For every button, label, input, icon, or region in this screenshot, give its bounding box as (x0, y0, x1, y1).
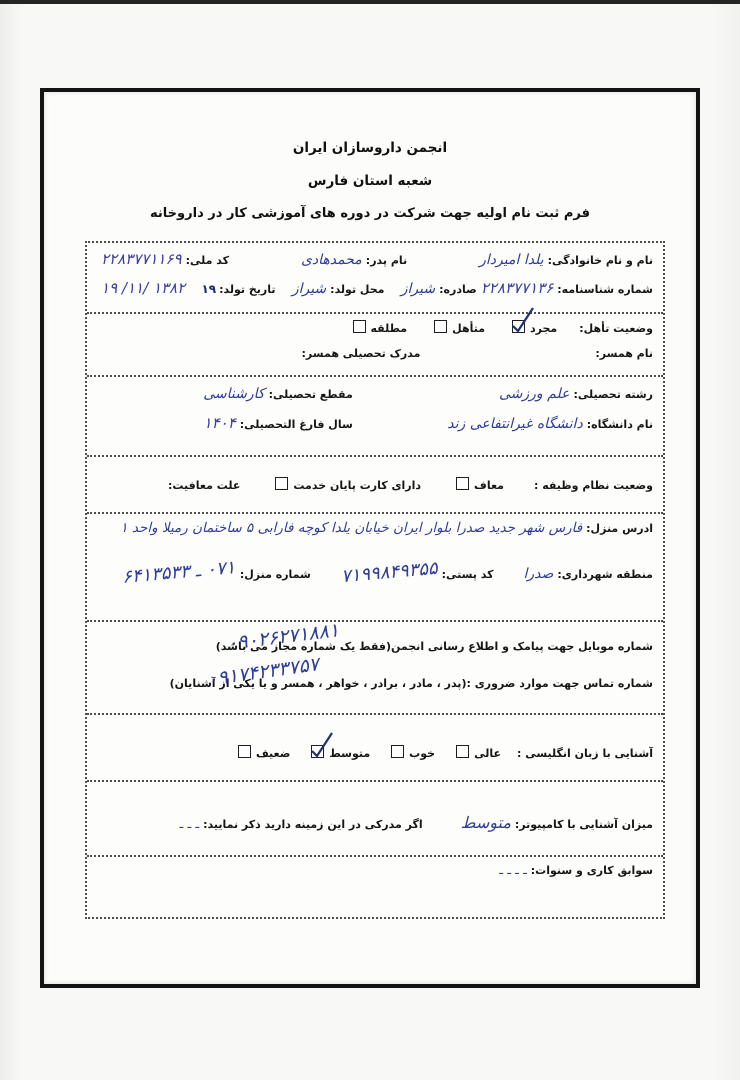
grad-year-label: سال فارغ التحصیلی: (240, 418, 353, 431)
marital-label: وضعیت تأهل: (579, 322, 653, 335)
university-value: دانشگاه غیرانتفاعی زند (443, 416, 586, 432)
mobile-line: شماره موبایل جهت پیامک و اطلاع رسانی انج… (97, 640, 653, 653)
computer-label: میزان آشنایی با کامپیوتر: (515, 818, 653, 831)
computer-field: میزان آشنایی با کامپیوتر:متوسط (457, 813, 653, 832)
personal-line-1: نام و نام خانوادگی:یلدا امیردار نام پدر:… (97, 249, 653, 268)
spouse-name-label: نام همسر: (595, 347, 653, 360)
form-border-frame: انجمن داروسازان ایران شعبه استان فارس فر… (40, 88, 700, 988)
check-mark-icon (509, 310, 535, 336)
study-field-label: رشته تحصیلی: (573, 388, 653, 401)
experience-row: سوابق کاری و سنوات: ـ ـ ـ ـ (87, 857, 663, 917)
address-row: ادرس منزل: فارس شهر جدید صدرا بلوار ایرا… (87, 514, 663, 622)
certificate-value: ـ ـ ـ (175, 817, 203, 832)
option-divorced: مطلقه (348, 320, 408, 335)
married-checkbox (434, 320, 447, 333)
father-name-field: نام پدر:محمدهادی (297, 249, 407, 268)
option-divorced-label: مطلقه (371, 322, 408, 335)
branch-title: شعبه استان فارس (44, 173, 696, 189)
study-field-value: علم ورزشی (495, 386, 573, 402)
postal-code-label: کد پستی: (442, 568, 494, 581)
org-title: انجمن داروسازان ایران (44, 140, 696, 156)
postal-code-value: ۷۱۹۹۸۴۹۳۵۵ (336, 557, 442, 587)
good-checkbox (391, 745, 404, 758)
computer-value: متوسط (457, 813, 515, 832)
computer-line: میزان آشنایی با کامپیوتر:متوسط اگر مدرکی… (175, 813, 653, 832)
english-row: آشنایی با زبان انگلیسی : عالی خوب متوسط … (87, 715, 663, 782)
option-good-label: خوب (409, 747, 435, 760)
national-code-label: کد ملی: (186, 254, 229, 267)
id-number-field: شماره شناسنامه:۲۲۸۳۷۷۱۳۶صادره:شیراز (397, 278, 653, 297)
birthdate-value: ۱۳۸۲ /۱۱/ ۱۹ (97, 279, 189, 297)
option-medium: متوسط (306, 745, 370, 760)
form-table: نام و نام خانوادگی:یلدا امیردار نام پدر:… (85, 241, 665, 919)
option-excellent-label: عالی (474, 747, 501, 760)
degree-level-value: کارشناسی (199, 386, 268, 402)
option-married: متأهل (429, 320, 485, 335)
national-code-value: ۲۲۸۳۷۷۱۱۶۹ (97, 250, 186, 268)
id-number-label: شماره شناسنامه: (557, 283, 653, 296)
option-service-card: دارای کارت پایان خدمت (270, 477, 421, 492)
university-field: نام دانشگاه:دانشگاه غیرانتفاعی زند (353, 413, 653, 432)
father-name-value: محمدهادی (297, 252, 366, 268)
scan-edge-artifact (0, 0, 740, 4)
military-label: وضعیت نظام وظیفه : (534, 479, 653, 492)
form-header: انجمن داروسازان ایران شعبه استان فارس فر… (44, 140, 696, 238)
home-phone-value: ۰۷۱ ـ ۶۴۱۳۵۳۳ (118, 557, 241, 589)
option-medium-label: متوسط (329, 747, 370, 760)
spouse-degree-label: مدرک تحصیلی همسر: (302, 347, 421, 360)
single-checkbox (512, 320, 525, 333)
degree-level-label: مقطع تحصیلی: (269, 388, 353, 401)
father-name-label: نام پدر: (366, 254, 407, 267)
university-label: نام دانشگاه: (587, 418, 653, 431)
option-weak: ضعیف (233, 745, 290, 760)
issued-label: صادره: (439, 283, 477, 296)
option-single: مجرد (507, 320, 557, 335)
spouse-line: نام همسر: مدرک تحصیلی همسر: (97, 347, 653, 360)
home-address-value: فارس شهر جدید صدرا بلوار ایران خیابان یل… (116, 520, 586, 536)
english-label: آشنایی با زبان انگلیسی : (517, 747, 653, 760)
computer-row: میزان آشنایی با کامپیوتر:متوسط اگر مدرکی… (87, 782, 663, 857)
fullname-field: نام و نام خانوادگی:یلدا امیردار (475, 249, 653, 268)
fullname-label: نام و نام خانوادگی: (548, 254, 653, 267)
postal-line: منطقه شهرداری:صدرا کد پستی:۷۱۹۹۸۴۹۳۵۵ شم… (97, 562, 653, 583)
degree-level-field: مقطع تحصیلی:کارشناسی (199, 383, 353, 402)
experience-line: سوابق کاری و سنوات: ـ ـ ـ ـ (97, 863, 653, 878)
form-title: فرم ثبت نام اولیه جهت شرکت در دوره های آ… (44, 206, 696, 221)
option-service-card-label: دارای کارت پایان خدمت (293, 479, 421, 492)
birthplace-value: شیراز (288, 281, 330, 297)
district-label: منطقه شهرداری: (557, 568, 653, 581)
option-good: خوب (386, 745, 435, 760)
birthdate-field: تاریخ تولد:۱۹ (201, 278, 275, 297)
service-card-checkbox (275, 477, 288, 490)
education-row: رشته تحصیلی:علم ورزشی مقطع تحصیلی:کارشنا… (87, 377, 663, 457)
emergency-line: شماره تماس جهت موارد ضروری :(پدر ، مادر … (97, 677, 653, 690)
marital-line: وضعیت تأهل: مجرد متأهل مطلقه (97, 320, 653, 335)
postal-code-field: کد پستی:۷۱۹۹۸۴۹۳۵۵ (337, 562, 494, 583)
option-excellent: عالی (451, 745, 501, 760)
certificate-label: اگر مدرکی در این زمینه دارید ذکر نمایید: (203, 818, 423, 831)
option-exempt-label: معاف (474, 479, 504, 492)
exemption-reason-label: علت معافیت: (168, 479, 240, 492)
contact-numbers-row: شماره موبایل جهت پیامک و اطلاع رسانی انج… (87, 622, 663, 715)
issued-value: شیراز (397, 281, 439, 297)
option-exempt: معاف (451, 477, 504, 492)
birthplace-label: محل تولد: (330, 283, 384, 296)
experience-value: ـ ـ ـ ـ (495, 863, 531, 878)
option-married-label: متأهل (452, 322, 485, 335)
district-field: منطقه شهرداری:صدرا (520, 563, 653, 582)
english-line: آشنایی با زبان انگلیسی : عالی خوب متوسط … (233, 745, 653, 760)
address-line: ادرس منزل: فارس شهر جدید صدرا بلوار ایرا… (97, 520, 653, 536)
personal-line-2: شماره شناسنامه:۲۲۸۳۷۷۱۳۶صادره:شیراز محل … (97, 278, 653, 297)
home-phone-label: شماره منزل: (240, 568, 311, 581)
scanned-form-page: { "header": { "org": "انجمن داروسازان ای… (0, 0, 740, 1080)
birthplace-field: محل تولد:شیراز (288, 278, 385, 297)
military-row: وضعیت نظام وظیفه : معاف دارای کارت پایان… (87, 457, 663, 514)
birthdate-printed-mark: ۱۹ (201, 282, 219, 296)
district-value: صدرا (520, 566, 558, 582)
fullname-value: یلدا امیردار (475, 252, 547, 268)
study-field: رشته تحصیلی:علم ورزشی (353, 383, 653, 402)
home-address-label: ادرس منزل: (586, 522, 653, 535)
national-code-field: کد ملی:۲۲۸۳۷۷۱۱۶۹ (97, 249, 229, 268)
divorced-checkbox (353, 320, 366, 333)
military-line: وضعیت نظام وظیفه : معاف دارای کارت پایان… (97, 477, 653, 492)
personal-info-row: نام و نام خانوادگی:یلدا امیردار نام پدر:… (87, 243, 663, 314)
check-mark-icon (308, 735, 334, 761)
excellent-checkbox (456, 745, 469, 758)
birthdate-label: تاریخ تولد: (219, 283, 275, 296)
education-line-1: رشته تحصیلی:علم ورزشی مقطع تحصیلی:کارشنا… (97, 383, 653, 402)
medium-checkbox (311, 745, 324, 758)
education-line-2: نام دانشگاه:دانشگاه غیرانتفاعی زند سال ف… (97, 413, 653, 432)
certificate-field: اگر مدرکی در این زمینه دارید ذکر نمایید:… (175, 813, 422, 832)
option-weak-label: ضعیف (256, 747, 290, 760)
id-number-value: ۲۲۸۳۷۷۱۳۶ (477, 279, 558, 297)
home-phone-field: شماره منزل:۰۷۱ ـ ۶۴۱۳۵۳۳ (118, 562, 311, 583)
weak-checkbox (238, 745, 251, 758)
grad-year-field: سال فارغ التحصیلی:۱۴۰۴ (200, 413, 353, 432)
exempt-checkbox (456, 477, 469, 490)
experience-label: سوابق کاری و سنوات: (531, 864, 653, 877)
grad-year-value: ۱۴۰۴ (200, 414, 240, 432)
marital-status-row: وضعیت تأهل: مجرد متأهل مطلقه نام همسر: م… (87, 314, 663, 377)
